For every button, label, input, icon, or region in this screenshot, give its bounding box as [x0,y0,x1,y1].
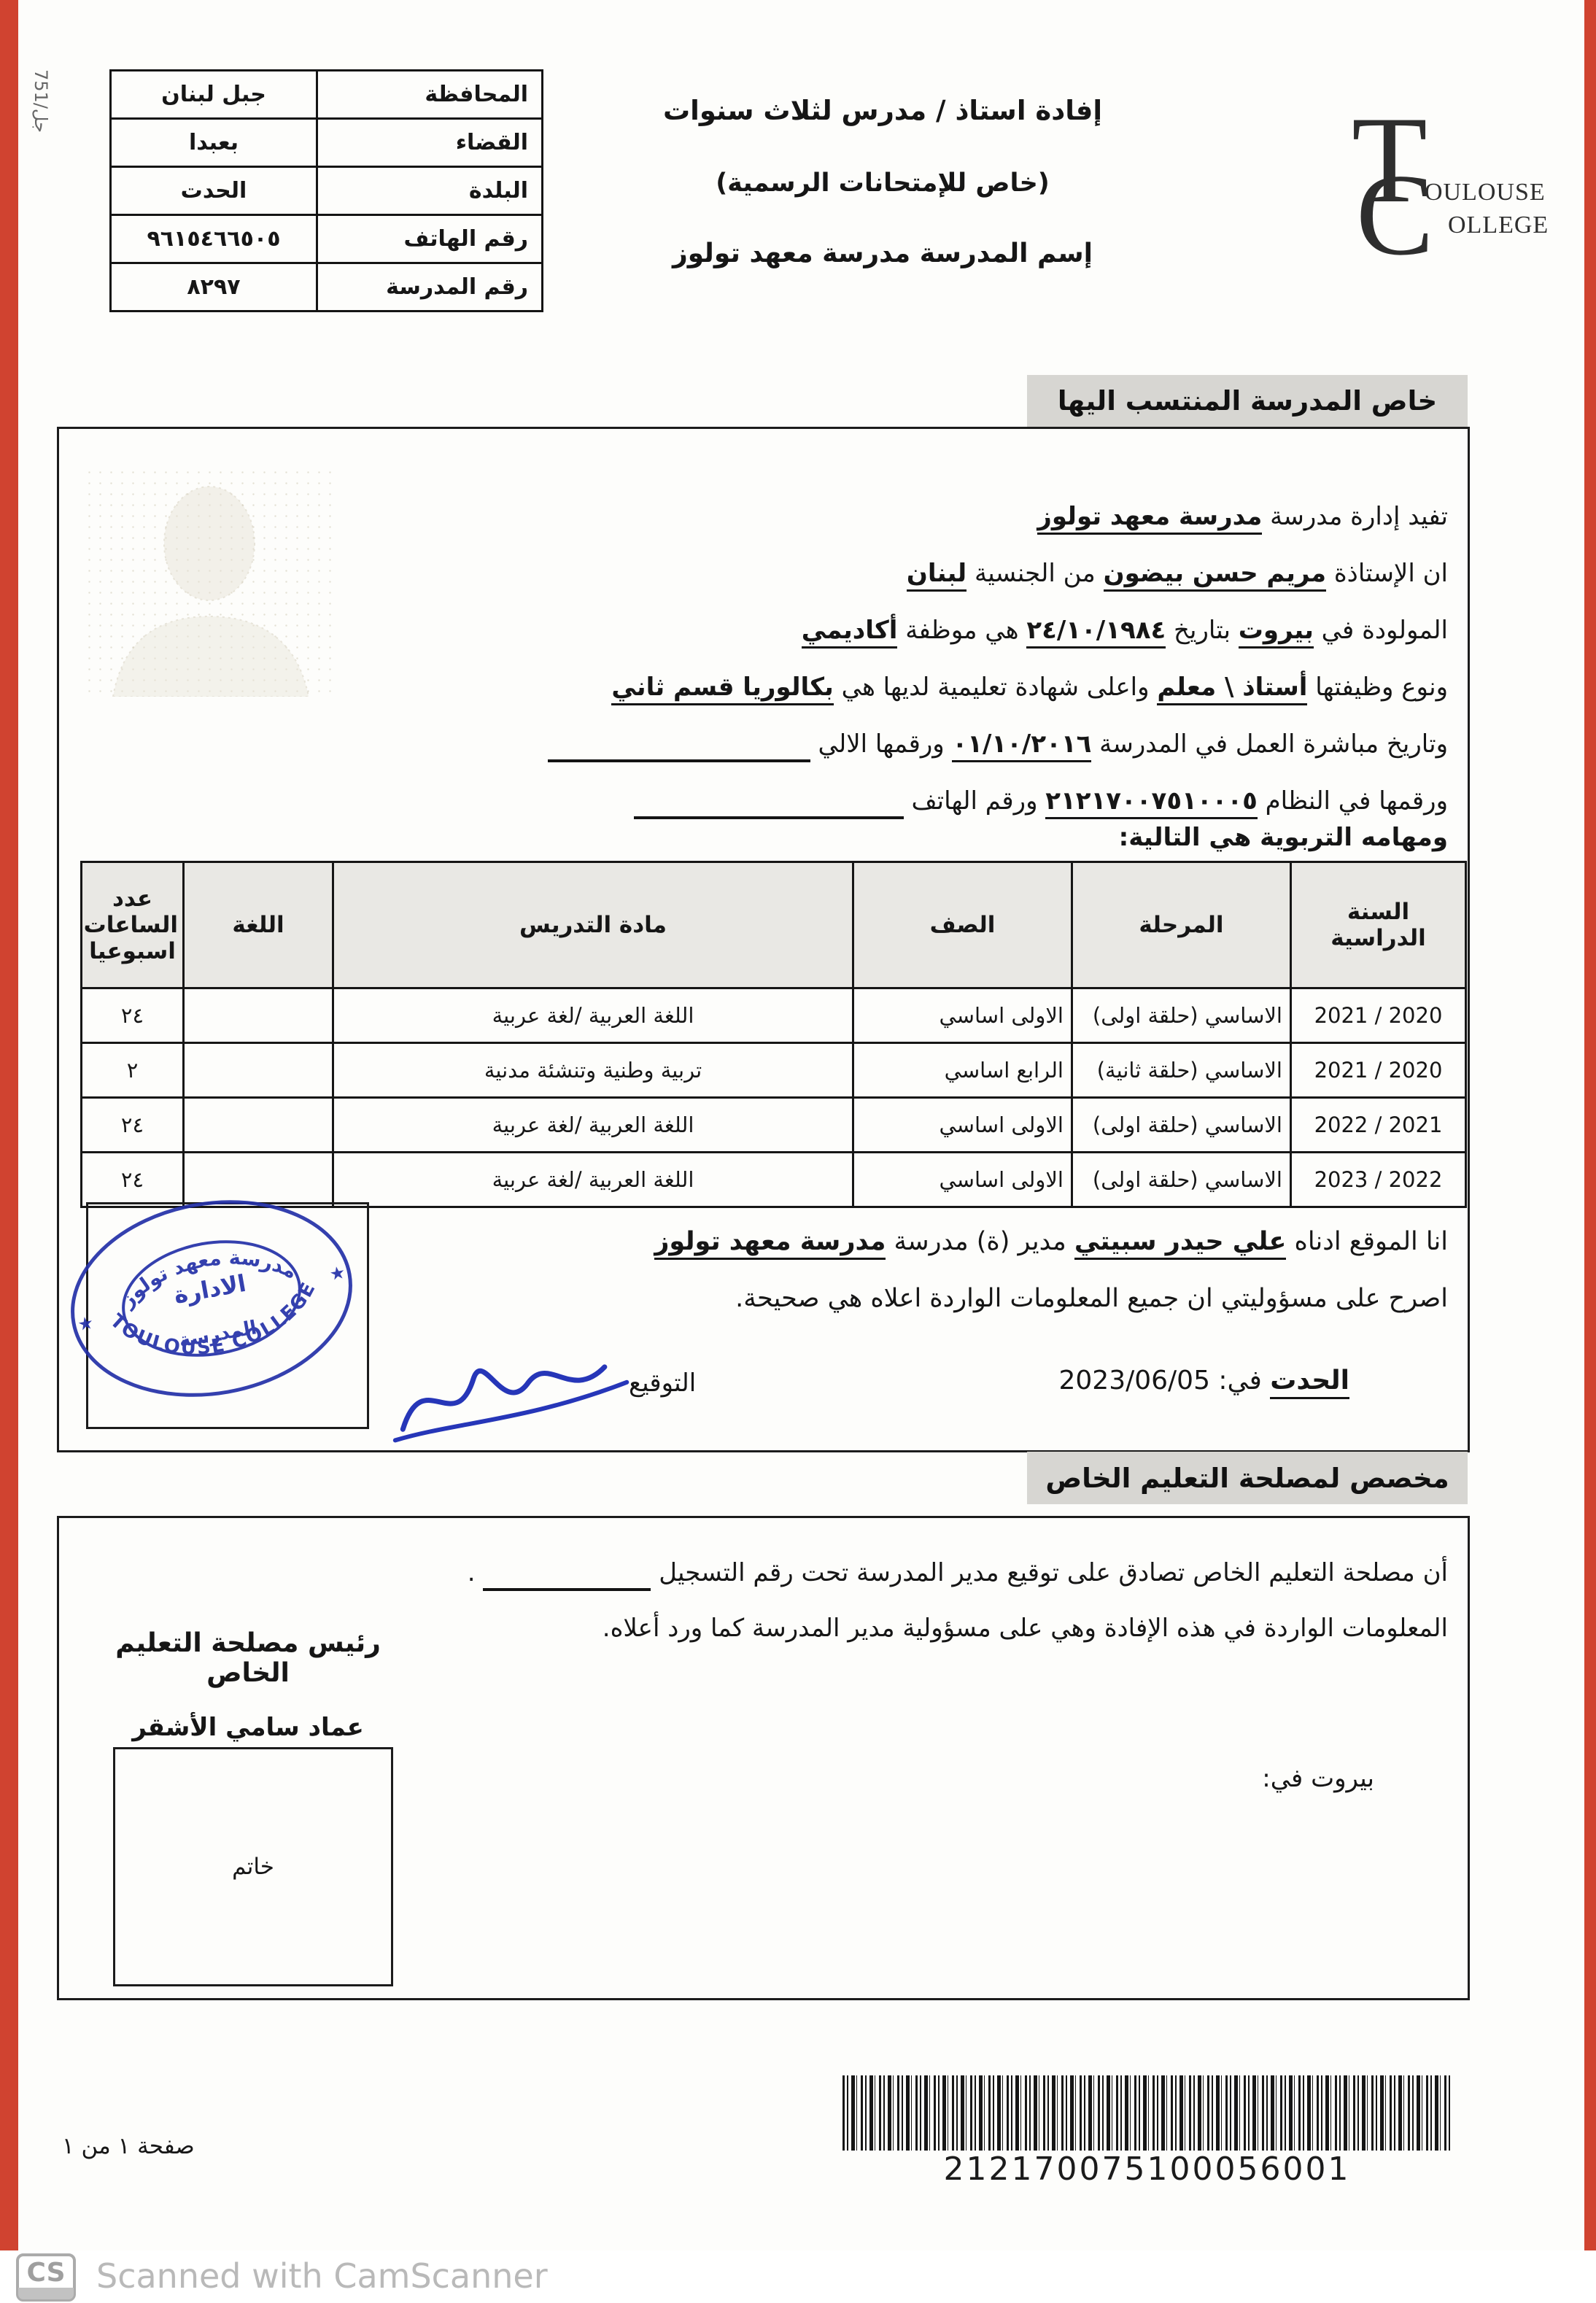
info-value: ٩٦١٥٤٦٦٥٠٥ [111,215,317,263]
info-label: المحافظة [317,71,543,119]
text-segment: مدير (ة) مدرسة [886,1227,1074,1256]
info-label: رقم الهاتف [317,215,543,263]
duties-intro-line: ومهامه التربوية هي التالية: [1119,823,1448,852]
info-value: جبل لبنان [111,71,317,119]
chief-block: رئيس مصلحة التعليم الخاص عماد سامي الأشق… [80,1628,416,1742]
document-title-block: إفادة استاذ / مدرس لثلاث سنوات (خاص للإم… [620,95,1145,268]
person-silhouette-icon [84,467,339,697]
affidavit-line-2: ان الإستاذة مريم حسن بيضون من الجنسية لب… [907,559,1448,588]
camscanner-logo-icon: CS [16,2253,76,2302]
cell-stage: الاساسي (حلقة ثانية) [1072,1043,1291,1098]
logo-word-oulouse: OULOUSE [1425,179,1546,206]
chief-name: عماد سامي الأشقر [80,1713,416,1742]
position-underlined: أستاذ \ معلم [1157,673,1307,705]
text-segment: في: [1210,1366,1270,1396]
cell-year: 2021 / 2022 [1291,1098,1466,1153]
cell-year: 2022 / 2023 [1291,1153,1466,1207]
stamp-star-left: ★ [76,1312,95,1335]
blank-line [483,1563,651,1591]
camscanner-note: Scanned with CamScanner [96,2256,548,2296]
seal-box: خاتم [113,1747,393,1986]
cell-language [184,1098,333,1153]
text-segment: واعلى شهادة تعليمية لديها هي [834,673,1158,702]
birthplace-underlined: بيروت [1239,616,1314,649]
col-header-language: اللغة [184,862,333,988]
cell-hours: ٢ [82,1043,184,1098]
start-date-underlined: ٠١/١٠/٢٠١٦ [952,729,1091,762]
section1-banner: خاص المدرسة المنتسب اليها [1027,375,1468,427]
cell-subject: تربية وطنية وتنشئة مدنية [333,1043,853,1098]
table-row: 2020 / 2021 الاساسي (حلقة اولى) الاولى ا… [82,988,1466,1043]
affidavit-line-4: ونوع وظيفتها أستاذ \ معلم واعلى شهادة تع… [611,673,1448,702]
cell-stage: الاساسي (حلقة اولى) [1072,1153,1291,1207]
col-header-hours: عدد الساعات اسبوعيا [82,862,184,988]
text-segment: ورقم الهاتف [904,786,1046,816]
cell-subject: اللغة العربية /لغة عربية [333,1098,853,1153]
cell-hours: ٢٤ [82,1098,184,1153]
scan-edge-left [0,0,18,2250]
seal-box-label: خاتم [232,1854,274,1880]
birthdate-underlined: ٢٤/١٠/١٩٨٤ [1026,616,1166,649]
logo-letter-c: C [1356,147,1434,282]
text-segment: ان الإستاذة [1326,559,1448,588]
col-header-stage: المرحلة [1072,862,1291,988]
side-code: جل/751 [31,69,51,133]
cell-stage: الاساسي (حلقة اولى) [1072,1098,1291,1153]
info-label: رقم المدرسة [317,263,543,311]
approval-line-1: أن مصلحة التعليم الخاص تصادق على توقيع م… [468,1558,1448,1591]
date-line: الحدت في: 2023/06/05 [1058,1366,1349,1396]
toulouse-college-logo: T C OULOUSE OLLEGE [1346,109,1535,270]
text-segment: ورقمها الالي [810,729,953,759]
cell-language [184,1043,333,1098]
text-segment: ونوع وظيفتها [1307,673,1448,702]
cell-hours: ٢٤ [82,988,184,1043]
job-type-underlined: أكاديمي [802,616,898,649]
scanned-document-page: جل/751 المحافظة جبل لبنان القضاء بعبدا ا… [0,0,1596,2303]
table-row: المحافظة جبل لبنان [111,71,543,119]
declaration-line-2: اصرح على مسؤوليتي ان جميع المعلومات الوا… [735,1284,1448,1313]
school-info-table: المحافظة جبل لبنان القضاء بعبدا البلدة ا… [109,69,543,312]
barcode-number: 212170075100056001 [842,2151,1452,2188]
degree-underlined: بكالوريا قسم ثاني [611,673,833,705]
cell-subject: اللغة العربية /لغة عربية [333,1153,853,1207]
text-segment: المولودة في [1314,616,1448,645]
affidavit-line-6: ورقمها في النظام ٢١٢١٧٠٠٧٥١٠٠٠٥ ورقم اله… [634,786,1448,819]
cell-year: 2020 / 2021 [1291,988,1466,1043]
table-header-row: السنة الدراسية المرحلة الصف مادة التدريس… [82,862,1466,988]
table-row: القضاء بعبدا [111,119,543,167]
table-row: رقم المدرسة ٨٢٩٧ [111,263,543,311]
cell-language [184,988,333,1043]
blank-line [548,735,810,762]
cell-grade: الاولى اساسي [853,1098,1072,1153]
teacher-name-underlined: مريم حسن بيضون [1104,559,1327,592]
section2-banner: مخصص لمصلحة التعليم الخاص [1027,1452,1468,1504]
page-number: صفحة ١ من ١ [62,2133,195,2159]
logo-word-ollege: OLLEGE [1448,212,1549,239]
signature-label: التوقيع [629,1369,696,1398]
declaration-line-1: انا الموقع ادناه علي حيدر سبيتي مدير (ة)… [654,1227,1448,1256]
info-label: البلدة [317,167,543,215]
table-row: البلدة الحدت [111,167,543,215]
camscanner-bar: CS Scanned with CamScanner [0,2250,1596,2303]
cell-stage: الاساسي (حلقة اولى) [1072,988,1291,1043]
school-name-underlined: مدرسة معهد تولوز [1037,502,1262,535]
system-number-underlined: ٢١٢١٧٠٠٧٥١٠٠٠٥ [1045,786,1258,819]
place-line: بيروت في: [1262,1764,1374,1793]
affidavit-line-1: تفيد إدارة مدرسة مدرسة معهد تولوز [1037,502,1448,531]
nationality-underlined: لبنان [907,559,966,592]
affidavit-line-5: وتاريخ مباشرة العمل في المدرسة ٠١/١٠/٢٠١… [548,729,1448,762]
cell-subject: اللغة العربية /لغة عربية [333,988,853,1043]
text-segment: . [468,1558,484,1587]
table-row: 2020 / 2021 الاساسي (حلقة ثانية) الرابع … [82,1043,1466,1098]
affidavit-line-3: المولودة في بيروت بتاريخ ٢٤/١٠/١٩٨٤ هي م… [802,616,1448,645]
text-segment: من الجنسية [966,559,1103,588]
school-name-line: إسم المدرسة مدرسة معهد تولوز [620,239,1145,268]
cell-grade: الرابع اساسي [853,1043,1072,1098]
cell-grade: الاولى اساسي [853,988,1072,1043]
date-value: 2023/06/05 [1058,1366,1210,1396]
text-segment: هي موظفة [897,616,1026,645]
chief-title: رئيس مصلحة التعليم الخاص [80,1628,416,1688]
col-header-year: السنة الدراسية [1291,862,1466,988]
info-value: بعبدا [111,119,317,167]
info-value: الحدت [111,167,317,215]
cs-logo-text: CS [26,2258,65,2288]
stamp-star-right: ★ [328,1262,347,1285]
scan-edge-right [1584,0,1596,2250]
text-segment: وتاريخ مباشرة العمل في المدرسة [1091,729,1448,759]
cell-grade: الاولى اساسي [853,1153,1072,1207]
cell-year: 2020 / 2021 [1291,1043,1466,1098]
school-name-underlined: مدرسة معهد تولوز [654,1227,886,1260]
principal-name-underlined: علي حيدر سبيتي [1074,1227,1287,1260]
text-segment: بتاريخ [1166,616,1239,645]
text-segment: أن مصلحة التعليم الخاص تصادق على توقيع م… [651,1558,1448,1587]
blank-line [634,791,904,819]
town-underlined: الحدت [1270,1366,1349,1399]
info-value: ٨٢٩٧ [111,263,317,311]
document-subtitle: (خاص للإمتحانات الرسمية) [620,169,1145,198]
col-header-grade: الصف [853,862,1072,988]
text-segment: ورقمها في النظام [1258,786,1448,816]
text-segment: انا الموقع ادناه [1286,1227,1448,1256]
cs-logo-tab [18,2288,74,2299]
photo-placeholder [84,467,339,697]
table-row: 2021 / 2022 الاساسي (حلقة اولى) الاولى ا… [82,1098,1466,1153]
table-row: رقم الهاتف ٩٦١٥٤٦٦٥٠٥ [111,215,543,263]
col-header-subject: مادة التدريس [333,862,853,988]
text-segment: تفيد إدارة مدرسة [1262,502,1448,531]
barcode [842,2075,1452,2151]
approval-line-2: المعلومات الواردة في هذه الإفادة وهي على… [603,1614,1448,1643]
document-title: إفادة استاذ / مدرس لثلاث سنوات [620,95,1145,126]
duties-table: السنة الدراسية المرحلة الصف مادة التدريس… [80,861,1467,1208]
info-label: القضاء [317,119,543,167]
